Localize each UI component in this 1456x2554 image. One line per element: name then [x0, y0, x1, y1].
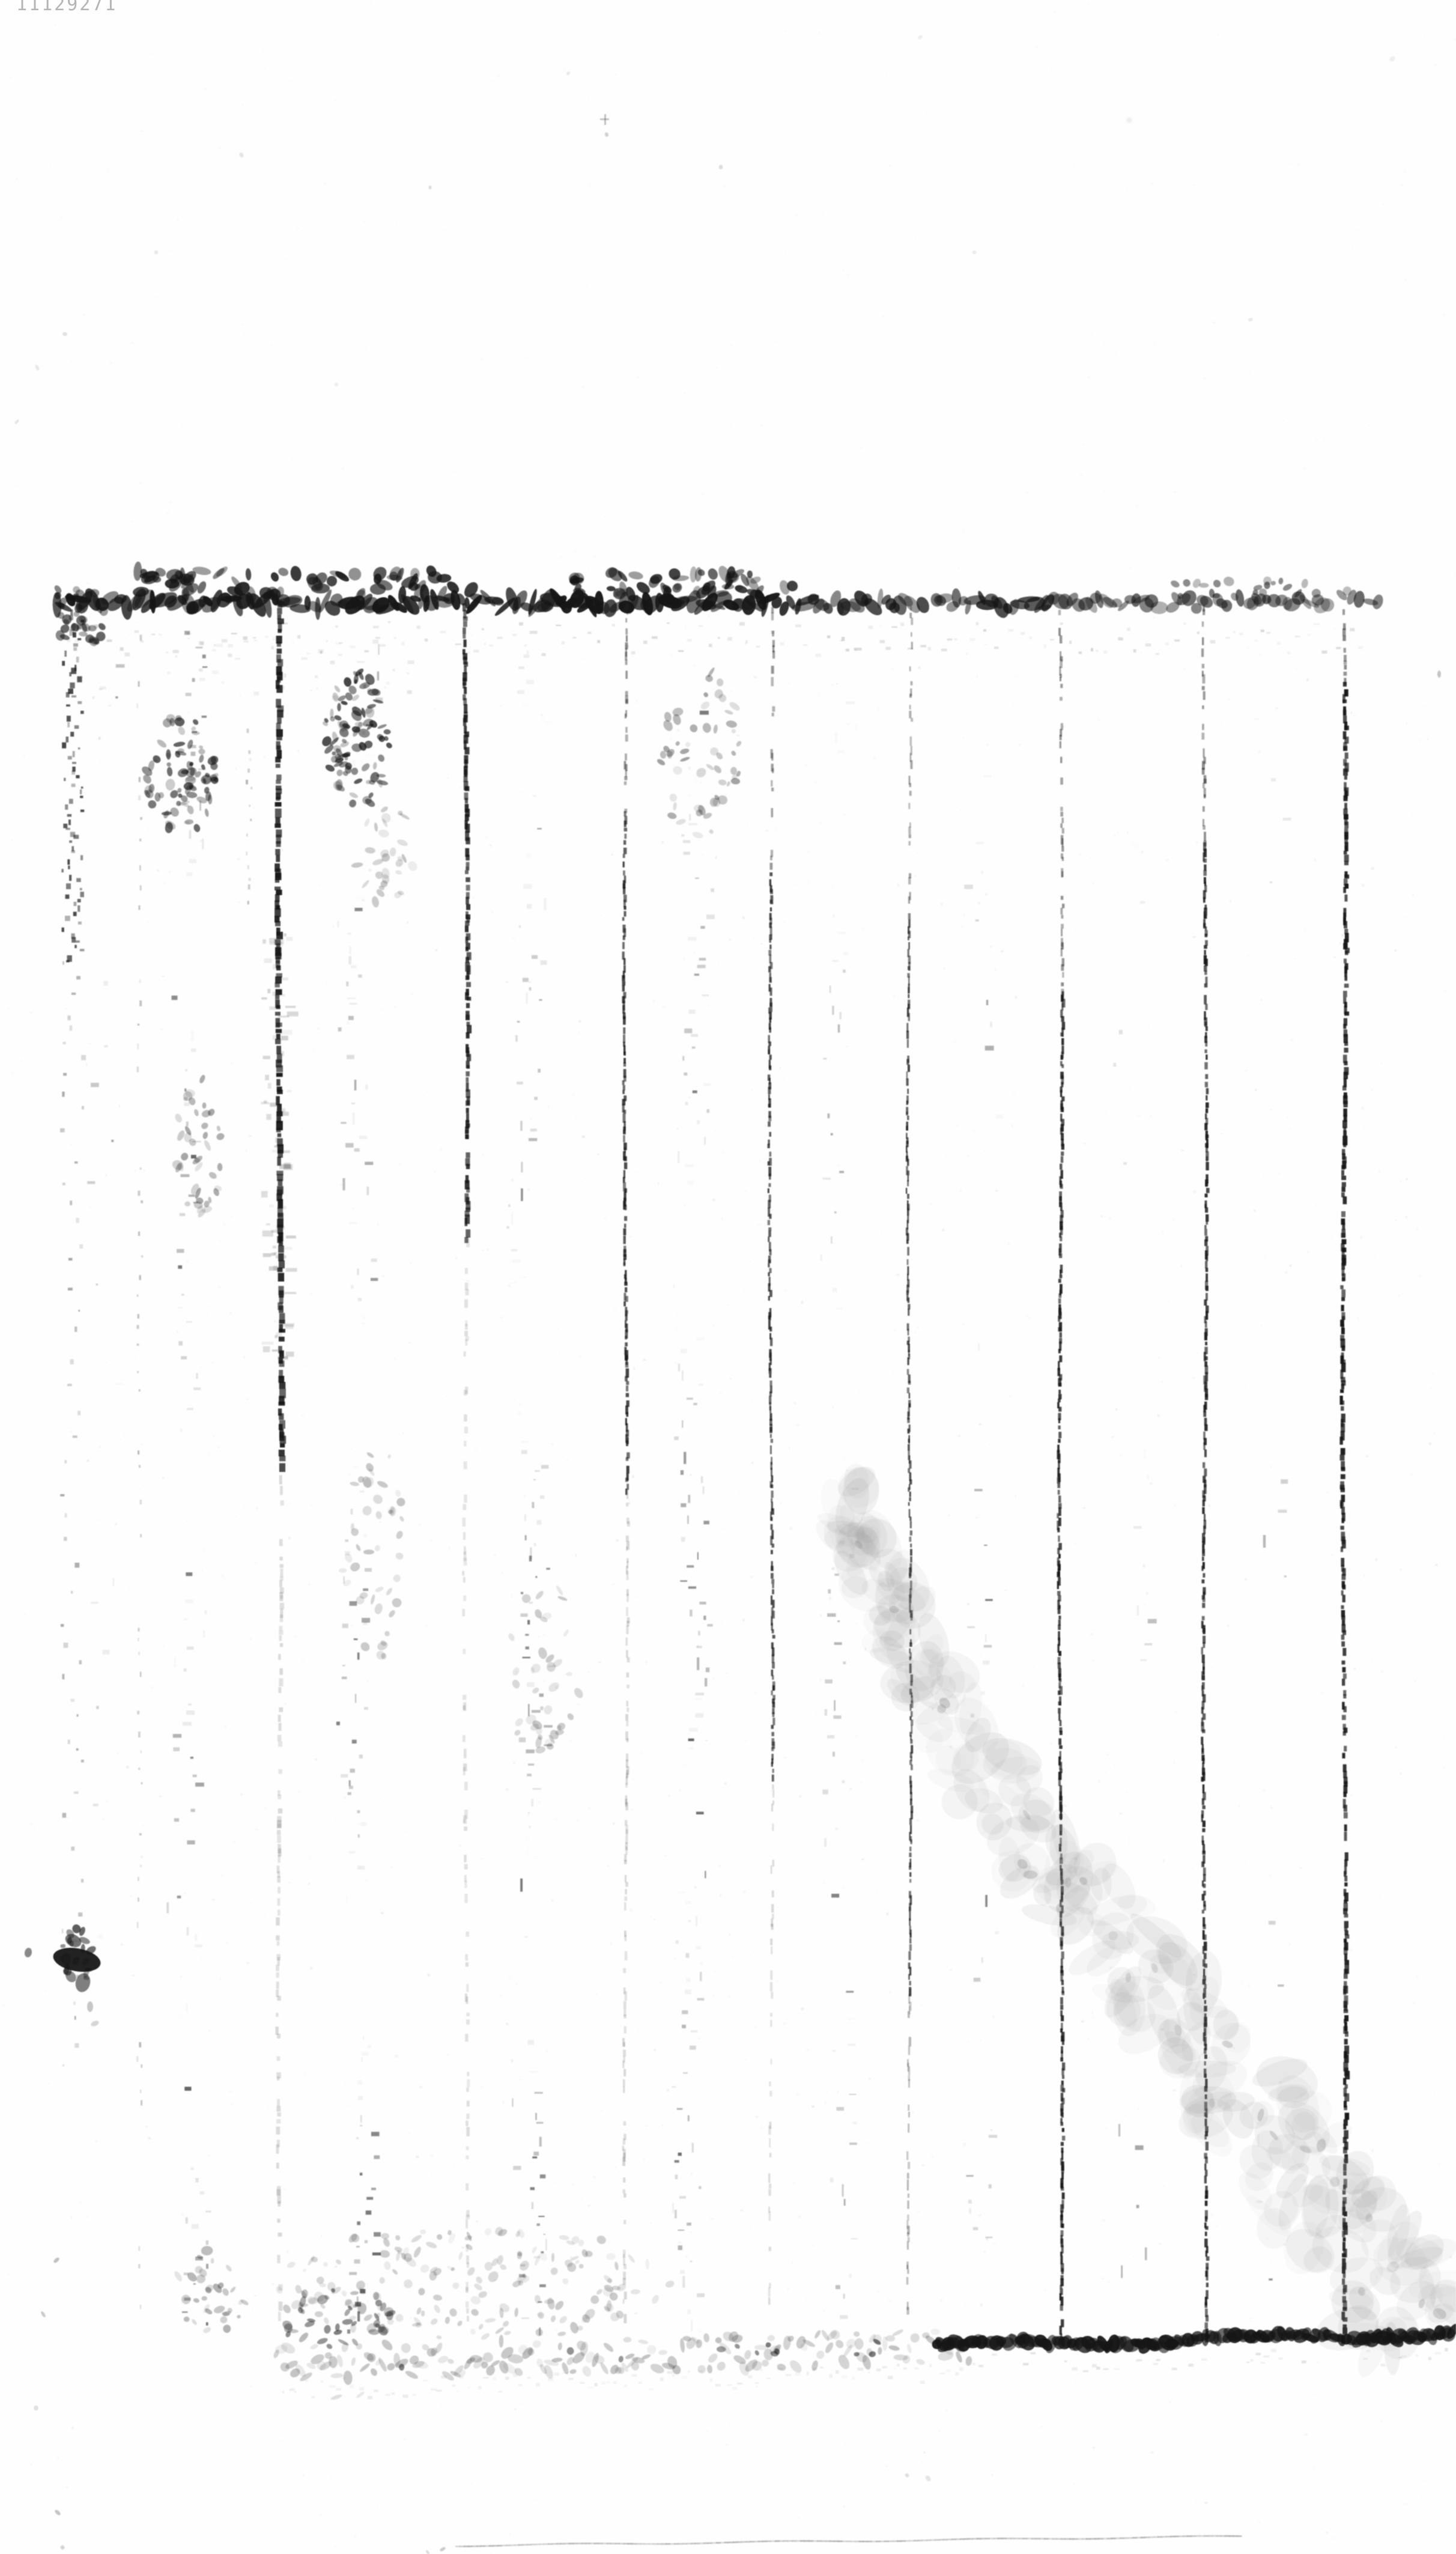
scan-id-number: 11129271: [16, 0, 118, 15]
scan-artwork-canvas: [0, 0, 1456, 2554]
scanned-document-page: 11129271: [0, 0, 1456, 2554]
